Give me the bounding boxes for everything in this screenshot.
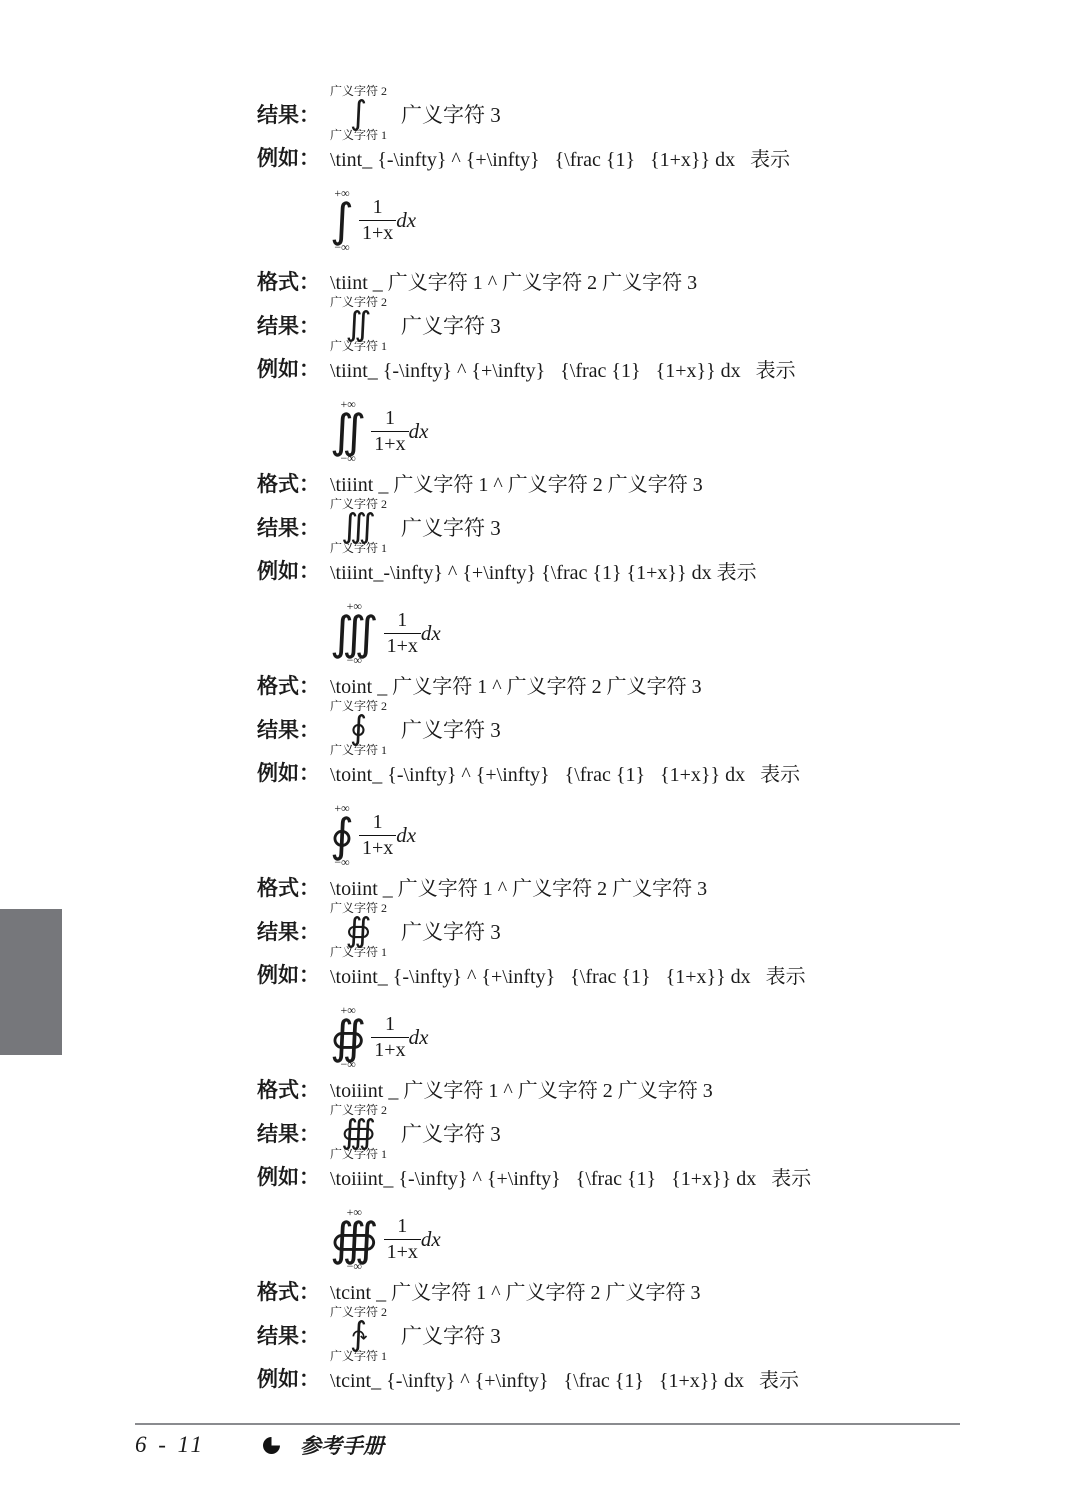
formula-integral: +∞ ∬ −∞ — [330, 398, 366, 464]
result-label: 结果： — [257, 1320, 330, 1350]
integral-with-limits: 广义字符 2 ∫ 广义字符 1 — [330, 85, 387, 143]
example-code: \tcint_ {-\infty} ^ {+\infty} {\frac {1}… — [330, 1364, 799, 1393]
page-footer: 6 - 11 参考手册 — [135, 1430, 384, 1460]
result-label: 结果： — [257, 714, 330, 744]
formula-lower-limit: −∞ — [340, 452, 355, 464]
formula-integral: +∞ ∮ −∞ — [330, 802, 354, 868]
integral-with-limits: 广义字符 2 ∬ 广义字符 1 — [330, 296, 387, 354]
lower-limit-label: 广义字符 1 — [330, 744, 387, 758]
example-line: 例如： \toiiint_ {-\infty} ^ {+\infty} {\fr… — [0, 1161, 1073, 1191]
result-label: 结果： — [257, 1118, 330, 1148]
fraction-numerator: 1 — [371, 811, 385, 835]
fraction-denominator: 1+x — [371, 431, 408, 456]
result-label: 结果： — [257, 99, 330, 129]
lower-limit-label: 广义字符 1 — [330, 946, 387, 960]
result-operand: 广义字符 3 — [401, 714, 501, 744]
example-label: 例如： — [257, 1161, 330, 1191]
example-label: 例如： — [257, 142, 330, 172]
fraction-numerator: 1 — [395, 1215, 409, 1239]
format-line: 格式： \tcint _ 广义字符 1 ^ 广义字符 2 广义字符 3 — [0, 1275, 1073, 1306]
formula-lower-limit: −∞ — [340, 1058, 355, 1070]
rendered-formula: +∞ ∬ −∞ 1 1+x dx — [0, 395, 1073, 467]
format-line: 格式： \toint _ 广义字符 1 ^ 广义字符 2 广义字符 3 — [0, 669, 1073, 700]
fraction-denominator: 1+x — [371, 1037, 408, 1062]
command-block-tiiint: 格式： \tiiint _ 广义字符 1 ^ 广义字符 2 广义字符 3 结果：… — [0, 467, 1073, 669]
differential: dx — [421, 621, 441, 646]
integral-with-limits: 广义字符 2 ∮ 广义字符 1 — [330, 700, 387, 758]
differential: dx — [396, 823, 416, 848]
rendered-formula: +∞ ∮ −∞ 1 1+x dx — [0, 799, 1073, 871]
result-operand: 广义字符 3 — [401, 916, 501, 946]
fraction-numerator: 1 — [383, 407, 397, 431]
lower-limit-label: 广义字符 1 — [330, 129, 387, 143]
integral-symbol: ∯ — [345, 915, 371, 945]
result-line: 结果： 广义字符 2 ∮ 广义字符 1 广义字符 3 — [0, 700, 1073, 757]
fraction-denominator: 1+x — [359, 220, 396, 245]
format-label: 格式： — [257, 670, 330, 700]
differential: dx — [409, 419, 429, 444]
rendered-formula: +∞ ∫ −∞ 1 1+x dx — [0, 184, 1073, 256]
result-line: 结果： 广义字符 2 ∭ 广义字符 1 广义字符 3 — [0, 498, 1073, 555]
result-operand: 广义字符 3 — [401, 1118, 501, 1148]
example-line: 例如： \toiint_ {-\infty} ^ {+\infty} {\fra… — [0, 959, 1073, 989]
example-code: \tiiint_-\infty} ^ {+\infty} {\frac {1} … — [330, 556, 757, 585]
formula-integral: +∞ ∯ −∞ — [330, 1004, 366, 1070]
result-operand: 广义字符 3 — [401, 310, 501, 340]
fraction-denominator: 1+x — [384, 1239, 421, 1264]
lower-limit-label: 广义字符 1 — [330, 1148, 387, 1162]
example-line: 例如： \tint_ {-\infty} ^ {+\infty} {\frac … — [0, 142, 1073, 172]
formula-integral: +∞ ∫ −∞ — [330, 187, 354, 253]
example-code: \toiint_ {-\infty} ^ {+\infty} {\frac {1… — [330, 960, 806, 989]
example-line: 例如： \tiint_ {-\infty} ^ {+\infty} {\frac… — [0, 353, 1073, 383]
integral-symbol: ∮ — [350, 713, 367, 743]
footer-divider — [135, 1423, 960, 1425]
command-block-toint: 格式： \toint _ 广义字符 1 ^ 广义字符 2 广义字符 3 结果： … — [0, 669, 1073, 871]
result-label: 结果： — [257, 512, 330, 542]
integral-symbol: ∰ — [341, 1117, 376, 1147]
example-code: \toiiint_ {-\infty} ^ {+\infty} {\frac {… — [330, 1162, 811, 1191]
formula-lower-limit: −∞ — [334, 241, 349, 253]
integral-symbol: ∱ — [350, 1319, 367, 1349]
result-operand: 广义字符 3 — [401, 1320, 501, 1350]
formula-lower-limit: −∞ — [347, 1260, 362, 1272]
format-label: 格式： — [257, 1074, 330, 1104]
lower-limit-label: 广义字符 1 — [330, 340, 387, 354]
lower-limit-label: 广义字符 1 — [330, 542, 387, 556]
command-block-tcint: 格式： \tcint _ 广义字符 1 ^ 广义字符 2 广义字符 3 结果： … — [0, 1275, 1073, 1393]
command-block-tint: 结果： 广义字符 2 ∫ 广义字符 1 广义字符 3 例如： \tint_ {-… — [0, 85, 1073, 256]
rendered-formula: +∞ ∭ −∞ 1 1+x dx — [0, 597, 1073, 669]
differential: dx — [421, 1227, 441, 1252]
fraction: 1 1+x — [359, 196, 396, 245]
result-label: 结果： — [257, 916, 330, 946]
integral-symbol: ∬ — [345, 309, 371, 339]
integral-with-limits: 广义字符 2 ∰ 广义字符 1 — [330, 1104, 387, 1162]
fraction: 1 1+x — [371, 407, 408, 456]
fraction-numerator: 1 — [383, 1013, 397, 1037]
format-syntax: \tiint _ 广义字符 1 ^ 广义字符 2 广义字符 3 — [330, 266, 697, 295]
result-operand: 广义字符 3 — [401, 512, 501, 542]
page-number: 6 - 11 — [135, 1432, 205, 1458]
format-syntax: \toint _ 广义字符 1 ^ 广义字符 2 广义字符 3 — [330, 670, 702, 699]
example-line: 例如： \toint_ {-\infty} ^ {+\infty} {\frac… — [0, 757, 1073, 787]
fraction: 1 1+x — [384, 1215, 421, 1264]
format-line: 格式： \tiiint _ 广义字符 1 ^ 广义字符 2 广义字符 3 — [0, 467, 1073, 498]
example-code: \toint_ {-\infty} ^ {+\infty} {\frac {1}… — [330, 758, 800, 787]
differential: dx — [396, 208, 416, 233]
example-code: \tint_ {-\infty} ^ {+\infty} {\frac {1} … — [330, 143, 790, 172]
example-label: 例如： — [257, 555, 330, 585]
example-line: 例如： \tiiint_-\infty} ^ {+\infty} {\frac … — [0, 555, 1073, 585]
result-line: 结果： 广义字符 2 ∰ 广义字符 1 广义字符 3 — [0, 1104, 1073, 1161]
format-line: 格式： \toiiint _ 广义字符 1 ^ 广义字符 2 广义字符 3 — [0, 1073, 1073, 1104]
integral-with-limits: 广义字符 2 ∯ 广义字符 1 — [330, 902, 387, 960]
fraction-denominator: 1+x — [384, 633, 421, 658]
rendered-formula: +∞ ∰ −∞ 1 1+x dx — [0, 1203, 1073, 1275]
format-syntax: \tiiint _ 广义字符 1 ^ 广义字符 2 广义字符 3 — [330, 468, 703, 497]
example-code: \tiint_ {-\infty} ^ {+\infty} {\frac {1}… — [330, 354, 796, 383]
fraction: 1 1+x — [371, 1013, 408, 1062]
integral-with-limits: 广义字符 2 ∱ 广义字符 1 — [330, 1306, 387, 1364]
formula-lower-limit: −∞ — [334, 856, 349, 868]
format-syntax: \toiint _ 广义字符 1 ^ 广义字符 2 广义字符 3 — [330, 872, 707, 901]
result-line: 结果： 广义字符 2 ∱ 广义字符 1 广义字符 3 — [0, 1306, 1073, 1363]
fraction-numerator: 1 — [371, 196, 385, 220]
integral-symbol: ∮ — [330, 814, 354, 856]
example-label: 例如： — [257, 353, 330, 383]
integral-symbol: ∫ — [330, 199, 354, 241]
example-line: 例如： \tcint_ {-\infty} ^ {+\infty} {\frac… — [0, 1363, 1073, 1393]
integral-symbol: ∭ — [341, 511, 376, 541]
rendered-formula: +∞ ∯ −∞ 1 1+x dx — [0, 1001, 1073, 1073]
differential: dx — [409, 1025, 429, 1050]
command-block-toiint: 格式： \toiint _ 广义字符 1 ^ 广义字符 2 广义字符 3 结果：… — [0, 871, 1073, 1073]
example-label: 例如： — [257, 757, 330, 787]
integral-symbol: ∯ — [330, 1016, 366, 1058]
fraction-denominator: 1+x — [359, 835, 396, 860]
example-label: 例如： — [257, 959, 330, 989]
format-label: 格式： — [257, 266, 330, 296]
integral-with-limits: 广义字符 2 ∭ 广义字符 1 — [330, 498, 387, 556]
command-block-tiint: 格式： \tiint _ 广义字符 1 ^ 广义字符 2 广义字符 3 结果： … — [0, 265, 1073, 467]
example-label: 例如： — [257, 1363, 330, 1393]
format-line: 格式： \tiint _ 广义字符 1 ^ 广义字符 2 广义字符 3 — [0, 265, 1073, 296]
manual-title: 参考手册 — [300, 1430, 384, 1460]
format-syntax: \toiiint _ 广义字符 1 ^ 广义字符 2 广义字符 3 — [330, 1074, 713, 1103]
integral-symbol: ∭ — [330, 612, 379, 654]
integral-symbol: ∰ — [330, 1218, 379, 1260]
format-label: 格式： — [257, 1276, 330, 1306]
lower-limit-label: 广义字符 1 — [330, 1350, 387, 1364]
formula-integral: +∞ ∰ −∞ — [330, 1206, 379, 1272]
page-content: 结果： 广义字符 2 ∫ 广义字符 1 广义字符 3 例如： \tint_ {-… — [0, 0, 1073, 1405]
fraction: 1 1+x — [359, 811, 396, 860]
format-syntax: \tcint _ 广义字符 1 ^ 广义字符 2 广义字符 3 — [330, 1276, 701, 1305]
integral-symbol: ∬ — [330, 410, 366, 452]
formula-lower-limit: −∞ — [347, 654, 362, 666]
manual-ball-icon — [263, 1437, 280, 1454]
format-label: 格式： — [257, 872, 330, 902]
formula-integral: +∞ ∭ −∞ — [330, 600, 379, 666]
result-line: 结果： 广义字符 2 ∬ 广义字符 1 广义字符 3 — [0, 296, 1073, 353]
result-line: 结果： 广义字符 2 ∯ 广义字符 1 广义字符 3 — [0, 902, 1073, 959]
command-block-toiiint: 格式： \toiiint _ 广义字符 1 ^ 广义字符 2 广义字符 3 结果… — [0, 1073, 1073, 1275]
result-label: 结果： — [257, 310, 330, 340]
format-line: 格式： \toiint _ 广义字符 1 ^ 广义字符 2 广义字符 3 — [0, 871, 1073, 902]
fraction: 1 1+x — [384, 609, 421, 658]
format-label: 格式： — [257, 468, 330, 498]
result-line: 结果： 广义字符 2 ∫ 广义字符 1 广义字符 3 — [0, 85, 1073, 142]
fraction-numerator: 1 — [395, 609, 409, 633]
result-operand: 广义字符 3 — [401, 99, 501, 129]
integral-symbol: ∫ — [350, 98, 367, 128]
